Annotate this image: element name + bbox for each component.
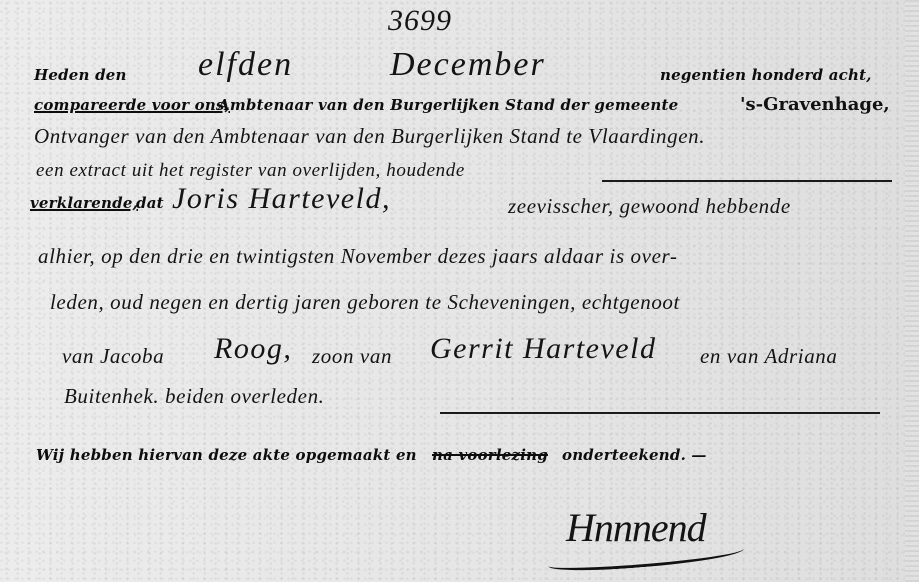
handwritten-deceased-name: Joris Harteveld,	[172, 182, 391, 216]
handwritten-father-name: Gerrit Harteveld	[430, 332, 656, 366]
official-signature: Hnnnend	[566, 504, 706, 551]
handwritten-age-birthplace: leden, oud negen en dertig jaren geboren…	[50, 290, 680, 315]
printed-heden-den: Heden den	[34, 66, 127, 84]
printed-ambtenaar: Ambtenaar van den Burgerlijken Stand der…	[218, 96, 678, 114]
scan-edge	[905, 0, 919, 582]
printed-onderteekend: onderteekend. —	[562, 446, 707, 464]
handwritten-month: December	[390, 46, 546, 84]
handwritten-mother-firstname: en van Adriana	[700, 344, 838, 369]
record-number: 3699	[388, 4, 452, 38]
fill-line-2	[440, 412, 880, 414]
handwritten-spouse-surname: Roog,	[214, 332, 292, 366]
printed-year: negentien honderd acht,	[660, 66, 872, 84]
printed-struck-na-voorlezing: na voorlezing	[432, 446, 548, 464]
handwritten-occupation: zeevisscher, gewoond hebbende	[508, 194, 791, 219]
printed-dat: dat	[136, 194, 164, 212]
handwritten-day: elfden	[198, 46, 293, 84]
handwritten-ontvanger: Ontvanger van den Ambtenaar van den Burg…	[34, 124, 705, 149]
printed-wij-hebben: Wij hebben hiervan deze akte opgemaakt e…	[36, 446, 417, 464]
handwritten-mother-surname: Buitenhek. beiden overleden.	[64, 384, 325, 409]
handwritten-date-of-death: alhier, op den drie en twintigsten Novem…	[38, 244, 677, 269]
handwritten-zoon-van: zoon van	[312, 344, 392, 369]
printed-struck-verklarende: verklarende,	[30, 194, 138, 212]
printed-place-gravenhage: 's-Gravenhage,	[740, 94, 890, 115]
fill-line-1	[602, 180, 892, 182]
handwritten-van-jacoba: van Jacoba	[62, 344, 164, 369]
handwritten-extract: een extract uit het register van overlij…	[36, 160, 465, 182]
printed-struck-compareerde: compareerde voor ons,	[34, 96, 230, 114]
